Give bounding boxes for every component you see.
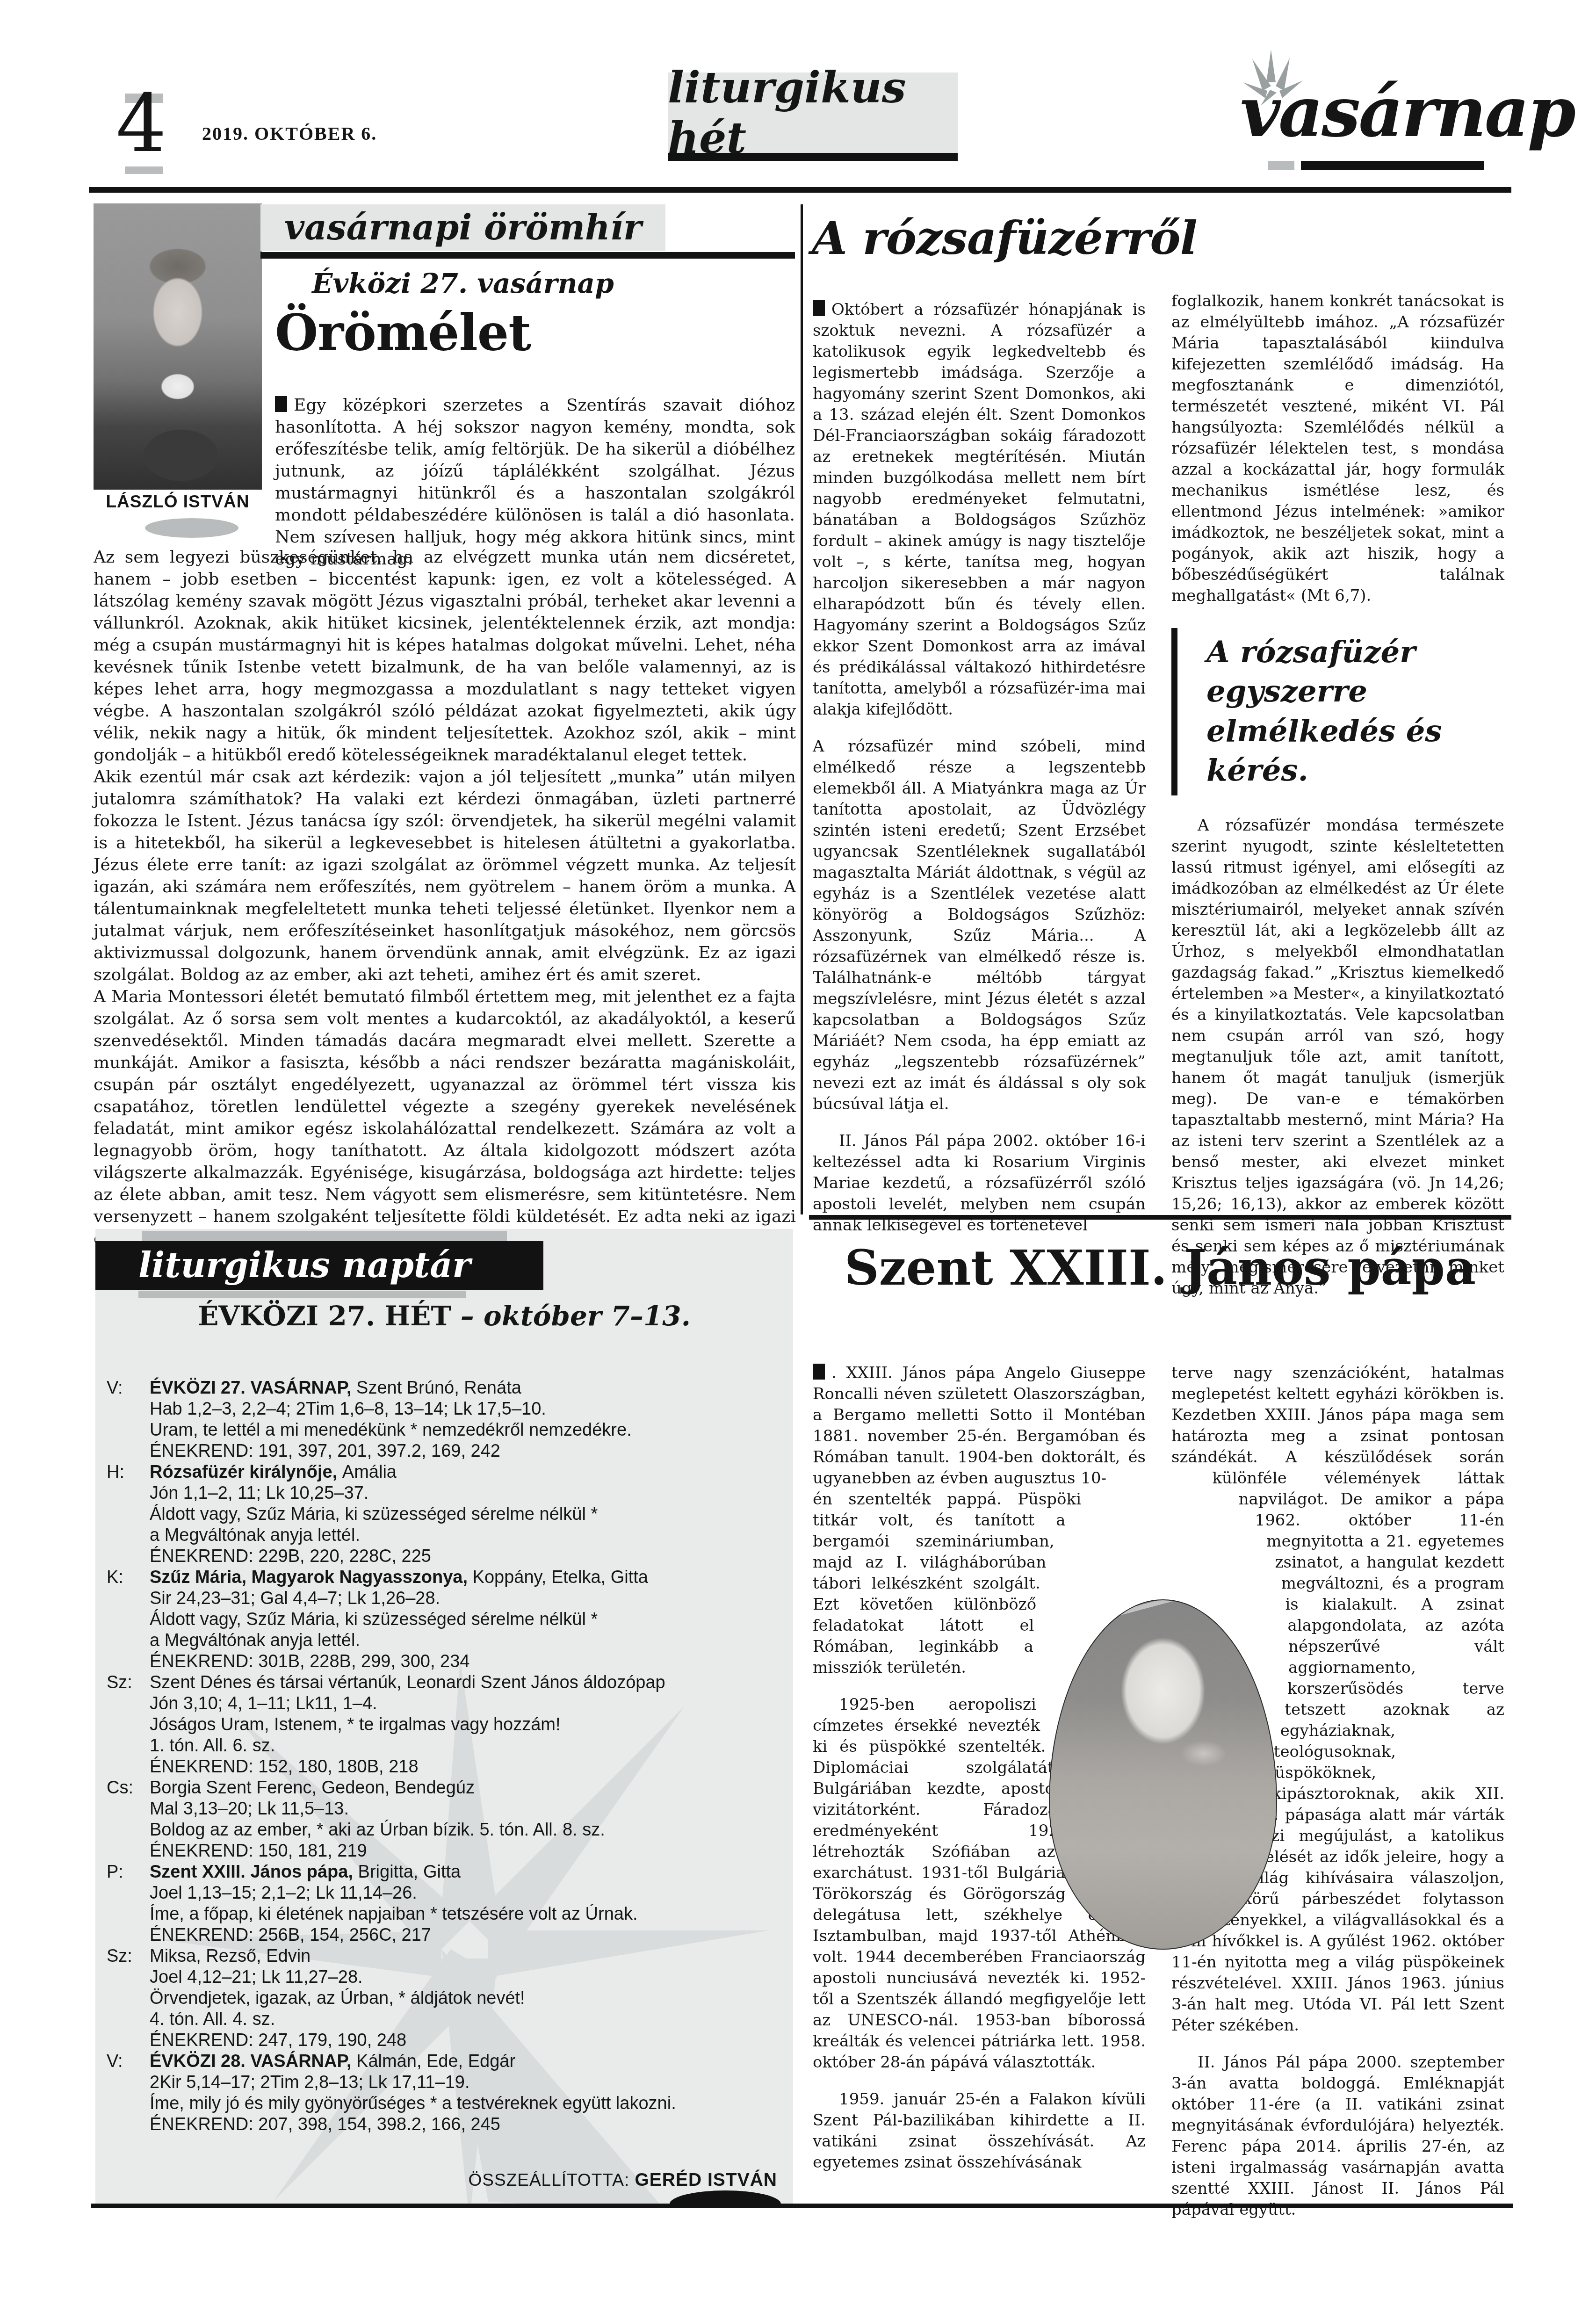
header-rule — [89, 187, 1511, 193]
calendar-line: 2Kir 5,14–17; 2Tim 2,8–13; Lk 17,11–19. — [150, 2072, 780, 2093]
papa-headline: Szent XXIII. János pápa — [809, 1240, 1511, 1296]
calendar-day-label: Sz: — [101, 1946, 150, 2051]
calendar-day-label: V: — [101, 2051, 150, 2135]
calendar-entry-title: Borgia Szent Ferenc, Gedeon, Bendegúz — [150, 1778, 780, 1799]
calendar-entry: H: Rózsafüzér királynője, Amália Jón 1,1… — [101, 1462, 780, 1567]
pullquote: A rózsafüzér egyszerre elmélkedés és kér… — [1171, 628, 1504, 795]
calendar-entry-body: Borgia Szent Ferenc, Gedeon, Bendegúz Ma… — [150, 1778, 780, 1862]
calendar-line: ÉNEKREND: 207, 398, 154, 398.2, 166, 245 — [150, 2114, 780, 2135]
calendar-line: ÉNEKREND: 229B, 220, 228C, 225 — [150, 1546, 780, 1567]
caption-ellipse-decoration — [145, 518, 238, 538]
section-title: liturgikus hét — [668, 62, 958, 163]
page-number: 4 — [116, 84, 166, 164]
column-divider-rule — [801, 204, 803, 1214]
calendar-line: ÉNEKREND: 191, 397, 201, 397.2, 169, 242 — [150, 1441, 780, 1462]
issue-date: 2019. OKTÓBER 6. — [202, 123, 377, 145]
calendar-entries: V: ÉVKÖZI 27. VASÁRNAP, Szent Brúnó, Ren… — [101, 1378, 780, 2135]
calendar-entry-title: ÉVKÖZI 27. VASÁRNAP, Szent Brúnó, Renáta — [150, 1378, 780, 1399]
rozsafuzer-paragraph-text: Októbert a rózsafüzér hónapjának is szok… — [813, 300, 1146, 719]
naptar-week-label: ÉVKÖZI 27. HÉT — [198, 1300, 451, 1332]
rozsafuzer-paragraph: II. János Pál pápa 2002. október 16-i ke… — [813, 1131, 1146, 1236]
oromhir-headline: Örömélet — [275, 303, 531, 361]
naptar-banner: liturgikus naptár — [95, 1241, 543, 1290]
calendar-day-label: Sz: — [101, 1672, 150, 1778]
banner-shadow-strip — [138, 1291, 466, 1298]
calendar-line: Uram, te lettél a mi menedékünk * nemzed… — [150, 1420, 780, 1441]
calendar-entry: V: ÉVKÖZI 28. VASÁRNAP, Kálmán, Ede, Edg… — [101, 2051, 780, 2135]
calendar-line: Jóságos Uram, Istenem, * te irgalmas vag… — [150, 1714, 780, 1735]
calendar-line: ÉNEKREND: 247, 179, 190, 248 — [150, 2030, 780, 2051]
calendar-entry: Cs: Borgia Szent Ferenc, Gedeon, Bendegú… — [101, 1778, 780, 1862]
rozsafuzer-paragraph: A rózsafüzér mondása természete szerint … — [1171, 815, 1504, 1299]
corner-mark-bottom — [125, 166, 163, 174]
calendar-line: 1. tón. All. 6. sz. — [150, 1735, 780, 1756]
calendar-entry: K: Szűz Mária, Magyarok Nagyasszonya, Ko… — [101, 1567, 780, 1672]
calendar-entry-body: ÉVKÖZI 27. VASÁRNAP, Szent Brúnó, Renáta… — [150, 1378, 780, 1462]
calendar-line: ÉNEKREND: 301B, 228B, 299, 300, 234 — [150, 1651, 780, 1672]
calendar-line: a Megváltónak anyja lettél. — [150, 1630, 780, 1651]
rozsafuzer-column-1: Októbert a rózsafüzér hónapjának is szok… — [813, 283, 1146, 1252]
masthead-underline — [1301, 161, 1484, 170]
calendar-feast: ÉVKÖZI 27. VASÁRNAP, — [150, 1378, 356, 1398]
oromhir-body: Az sem legyezi büszkeségünket, ha az elv… — [94, 546, 796, 1250]
calendar-line: Íme, mily jó és mily gyönyörűséges * a t… — [150, 2093, 780, 2114]
calendar-line: a Megváltónak anyja lettél. — [150, 1525, 780, 1546]
credit-line: ÖSSZEÁLLÍTOTTA: GERÉD ISTVÁN — [469, 2170, 777, 2190]
calendar-line: Hab 1,2–3, 2,2–4; 2Tim 1,6–8, 13–14; Lk … — [150, 1399, 780, 1420]
liturgical-calendar-panel: liturgikus naptár ÉVKÖZI 27. HÉT – októb… — [95, 1229, 793, 2207]
rozsafuzer-headline: A rózsafüzérről — [812, 211, 1197, 265]
rozsafuzer-paragraph: Októbert a rózsafüzér hónapjának is szok… — [813, 299, 1146, 720]
calendar-feast: Rózsafüzér királynője, — [150, 1462, 342, 1482]
masthead: vasárnap — [1235, 74, 1496, 163]
calendar-line: Áldott vagy, Szűz Mária, ki szüzességed … — [150, 1504, 780, 1525]
calendar-names: Amália — [342, 1462, 397, 1482]
paragraph-marker — [813, 300, 825, 316]
author-photo — [94, 203, 262, 490]
calendar-day-label: K: — [101, 1567, 150, 1672]
oromhir-paragraph: Akik ezentúl már csak azt kérdezik: vajo… — [94, 766, 796, 986]
calendar-names: Kálmán, Ede, Edgár — [356, 2052, 515, 2071]
calendar-line: Áldott vagy, Szűz Mária, ki szüzességed … — [150, 1609, 780, 1630]
calendar-line: ÉNEKREND: 152, 180, 180B, 218 — [150, 1756, 780, 1778]
masthead-title: vasárnap — [1240, 74, 1574, 150]
calendar-day-label: V: — [101, 1378, 150, 1462]
naptar-week-heading: ÉVKÖZI 27. HÉT – október 7–13. — [95, 1300, 793, 1332]
calendar-entry-title: Rózsafüzér királynője, Amália — [150, 1462, 780, 1483]
calendar-entry: Sz: Miksa, Rezső, Edvin Joel 4,12–21; Lk… — [101, 1946, 780, 2051]
calendar-line: ÉNEKREND: 150, 181, 219 — [150, 1841, 780, 1862]
calendar-day-label: P: — [101, 1862, 150, 1946]
calendar-entry-body: Szent Dénes és társai vértanúk, Leonardi… — [150, 1672, 780, 1778]
calendar-line: Íme, a főpap, ki életének napjaiban * te… — [150, 1904, 780, 1925]
calendar-day-label: H: — [101, 1462, 150, 1567]
calendar-names: Szent Dénes és társai vértanúk, Leonardi… — [150, 1673, 665, 1692]
oromhir-banner-underline — [260, 252, 795, 259]
calendar-entry-body: ÉVKÖZI 28. VASÁRNAP, Kálmán, Ede, Edgár … — [150, 2051, 780, 2135]
calendar-entry-title: Szent XXIII. János pápa, Brigitta, Gitta — [150, 1862, 780, 1883]
calendar-entry-body: Miksa, Rezső, Edvin Joel 4,12–21; Lk 11,… — [150, 1946, 780, 2051]
calendar-entry: V: ÉVKÖZI 27. VASÁRNAP, Szent Brúnó, Ren… — [101, 1378, 780, 1462]
calendar-feast: Szent XXIII. János pápa, — [150, 1862, 358, 1882]
calendar-entry-title: Szent Dénes és társai vértanúk, Leonardi… — [150, 1672, 780, 1693]
calendar-names: Koppány, Etelka, Gitta — [473, 1568, 648, 1587]
naptar-banner-label: liturgikus naptár — [95, 1245, 470, 1286]
credit-label: ÖSSZEÁLLÍTOTTA: — [469, 2170, 635, 2190]
author-caption: LÁSZLÓ ISTVÁN — [84, 492, 271, 512]
rozsafuzer-paragraph: A rózsafüzér mind szóbeli, mind elmélked… — [813, 736, 1146, 1115]
calendar-names: Borgia Szent Ferenc, Gedeon, Bendegúz — [150, 1778, 475, 1798]
calendar-line: Örvendjetek, igazak, az Úrban, * áldjáto… — [150, 1988, 780, 2009]
papa-paragraph: II. János Pál pápa 2000. szeptember 3-án… — [1171, 2052, 1504, 2220]
calendar-line: Sir 24,23–31; Gal 4,4–7; Lk 1,26–28. — [150, 1588, 780, 1609]
papa-paragraph: 1959. január 25-én a Falakon kívüli Szen… — [813, 2089, 1146, 2173]
oromhir-banner-label: vasárnapi örömhír — [284, 208, 642, 248]
credit-name: GERÉD ISTVÁN — [635, 2170, 777, 2190]
calendar-entry: Sz: Szent Dénes és társai vértanúk, Leon… — [101, 1672, 780, 1778]
calendar-line: Boldog az az ember, * aki az Úrban bízik… — [150, 1820, 780, 1841]
calendar-entry: P: Szent XXIII. János pápa, Brigitta, Gi… — [101, 1862, 780, 1946]
calendar-day-label: Cs: — [101, 1778, 150, 1862]
section-header: liturgikus hét — [668, 72, 958, 153]
paragraph-marker — [813, 1364, 825, 1380]
rozsafuzer-paragraph: foglalkozik, hanem konkrét tanácsokat is… — [1171, 291, 1504, 607]
oromhir-lead: Egy középkori szerzetes a Szentírás szav… — [275, 394, 795, 570]
calendar-names: Miksa, Rezső, Edvin — [150, 1946, 311, 1966]
oromhir-lead-text: Egy középkori szerzetes a Szentírás szav… — [275, 396, 795, 569]
calendar-line: Joel 4,12–21; Lk 11,27–28. — [150, 1967, 780, 1988]
calendar-line: Jón 3,10; 4, 1–11; Lk11, 1–4. — [150, 1693, 780, 1714]
paragraph-marker — [275, 396, 287, 412]
article-divider-rule — [809, 1215, 1511, 1220]
calendar-line: ÉNEKREND: 256B, 154, 256C, 217 — [150, 1925, 780, 1946]
bottom-rule — [91, 2204, 1513, 2208]
rozsafuzer-column-2: foglalkozik, hanem konkrét tanácsokat is… — [1171, 275, 1504, 1315]
newspaper-page: 4 2019. OKTÓBER 6. liturgikus hét vasárn… — [0, 0, 1596, 2320]
calendar-entry-body: Szent XXIII. János pápa, Brigitta, Gitta… — [150, 1862, 780, 1946]
calendar-line: 4. tón. All. 4. sz. — [150, 2009, 780, 2030]
calendar-entry-title: ÉVKÖZI 28. VASÁRNAP, Kálmán, Ede, Edgár — [150, 2051, 780, 2072]
calendar-line: Jón 1,1–2, 11; Lk 10,25–37. — [150, 1483, 780, 1504]
oromhir-banner: vasárnapi örömhír — [260, 204, 665, 251]
oromhir-paragraph: Az sem legyezi büszkeségünket, ha az elv… — [94, 546, 796, 766]
calendar-names: Brigitta, Gitta — [358, 1862, 461, 1882]
calendar-entry-body: Rózsafüzér királynője, Amália Jón 1,1–2,… — [150, 1462, 780, 1567]
oromhir-subtitle: Évközi 27. vasárnap — [260, 267, 665, 299]
calendar-feast: Szűz Mária, Magyarok Nagyasszonya, — [150, 1568, 473, 1587]
calendar-line: Mal 3,13–20; Lk 11,5–13. — [150, 1799, 780, 1820]
calendar-line: Joel 1,13–15; 2,1–2; Lk 11,14–26. — [150, 1883, 780, 1904]
banner-shadow-strip — [142, 1231, 507, 1241]
naptar-week-range: – október 7–13. — [451, 1300, 691, 1332]
calendar-names: Szent Brúnó, Renáta — [356, 1378, 521, 1398]
masthead-mark — [1268, 161, 1294, 170]
calendar-feast: ÉVKÖZI 28. VASÁRNAP, — [150, 2052, 356, 2071]
calendar-entry-title: Miksa, Rezső, Edvin — [150, 1946, 780, 1967]
section-underline — [668, 153, 958, 161]
calendar-entry-body: Szűz Mária, Magyarok Nagyasszonya, Koppá… — [150, 1567, 780, 1672]
calendar-entry-title: Szűz Mária, Magyarok Nagyasszonya, Koppá… — [150, 1567, 780, 1588]
oromhir-paragraph: A Maria Montessori életét bemutató filmb… — [94, 986, 796, 1250]
